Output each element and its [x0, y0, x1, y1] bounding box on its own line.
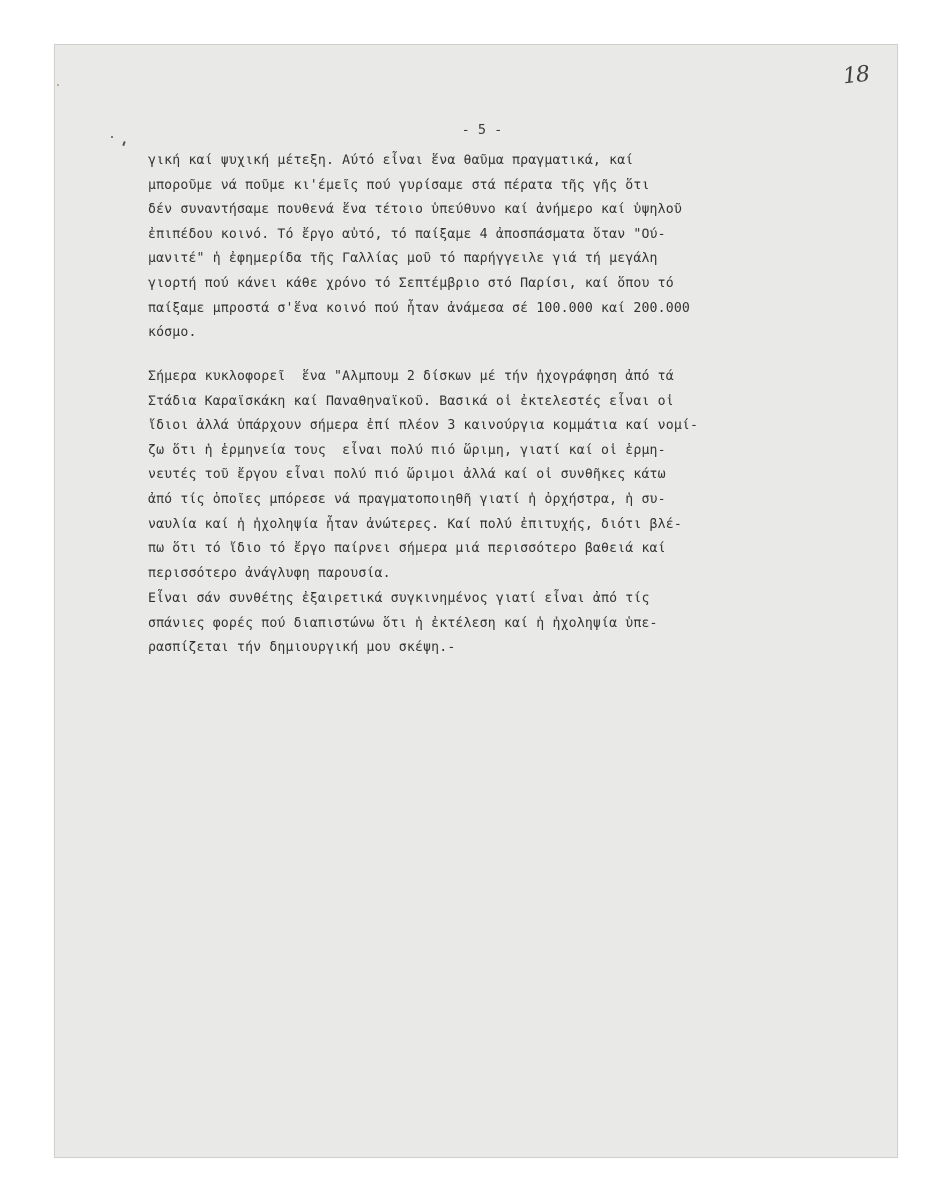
text-line: νευτές τοῦ ἔργου εἶναι πολύ πιό ὥριμοι ἀ… [148, 463, 848, 488]
text-line: παίξαμε μπροστά σ'ἕνα κοινό πού ἦταν ἀνά… [148, 297, 848, 322]
document-page: 18 - 5 - γική καί ψυχική μέτεξη. Αύτό εἶ… [54, 44, 898, 1158]
text-line: ναυλία καί ἡ ἠχοληψία ἦταν ἀνώτερες. Καί… [148, 513, 848, 538]
text-line: γιορτή πού κάνει κάθε χρόνο τό Σεπτέμβρι… [148, 272, 848, 297]
text-line: γική καί ψυχική μέτεξη. Αύτό εἶναι ἕνα θ… [148, 149, 848, 174]
paragraph-1: γική καί ψυχική μέτεξη. Αύτό εἶναι ἕνα θ… [148, 149, 848, 346]
ink-speck [122, 141, 125, 146]
text-line: ζω ὅτι ἡ ἑρμηνεία τους εἶναι πολύ πιό ὥρ… [148, 439, 848, 464]
ink-speck [57, 84, 59, 86]
handwritten-sheet-number: 18 [842, 62, 870, 90]
text-line: Εἶναι σάν συνθέτης ἐξαιρετικά συγκινημέν… [148, 587, 848, 612]
text-line: ἴδιοι ἀλλά ὑπάρχουν σήμερα ἐπί πλέον 3 κ… [148, 414, 848, 439]
paragraph-2: Σήμερα κυκλοφορεῖ ἕνα "Αλμπουμ 2 δίσκων … [148, 365, 848, 586]
page-number: - 5 - [55, 122, 897, 138]
text-line: ἀπό τίς ὁποῖες μπόρεσε νά πραγματοποιηθῆ… [148, 488, 848, 513]
text-line: μποροῦμε νά ποῦμε κι'έμεῖς πού γυρίσαμε … [148, 174, 848, 199]
text-line: ἐπιπέδου κοινό. Τό ἔργο αὐτό, τό παίξαμε… [148, 223, 848, 248]
text-line: περισσότερο ἀνάγλυφη παρουσία. [148, 562, 848, 587]
text-line: Σήμερα κυκλοφορεῖ ἕνα "Αλμπουμ 2 δίσκων … [148, 365, 848, 390]
text-line: κόσμο. [148, 321, 848, 346]
text-line: μανιτέ" ἡ ἐφημερίδα τῆς Γαλλίας μοῦ τό π… [148, 247, 848, 272]
ink-speck [111, 136, 113, 138]
text-line: πω ὅτι τό ἴδιο τό ἔργο παίρνει σήμερα μι… [148, 537, 848, 562]
paragraph-3: Εἶναι σάν συνθέτης ἐξαιρετικά συγκινημέν… [148, 587, 848, 661]
text-line: σπάνιες φορές πού διαπιστώνω ὅτι ἡ ἐκτέλ… [148, 612, 848, 637]
text-line: δέν συναντήσαμε πουθενά ἕνα τέτοιο ὑπεύθ… [148, 198, 848, 223]
text-line: ρασπίζεται τήν δημιουργική μου σκέψη.- [148, 636, 848, 661]
text-line: Στάδια Καραϊσκάκη καί Παναθηναϊκοῦ. Βασι… [148, 390, 848, 415]
